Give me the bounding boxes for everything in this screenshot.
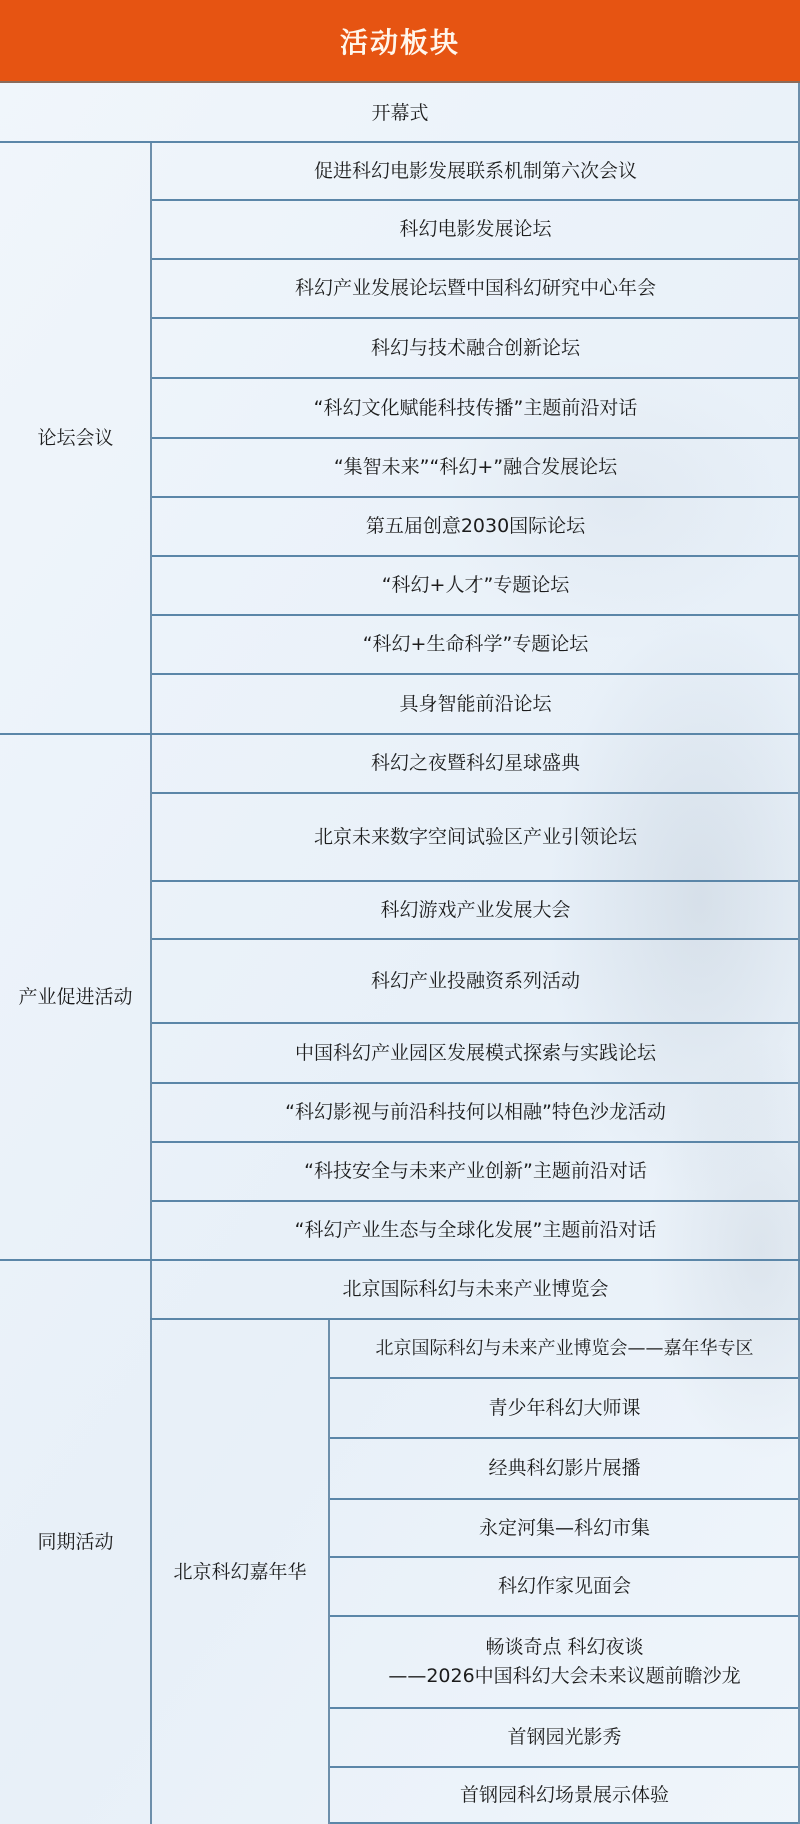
industry-item: “科幻产业生态与全球化发展”主题前沿对话 — [151, 1202, 800, 1261]
industry-item: “科技安全与未来产业创新”主题前沿对话 — [151, 1143, 800, 1202]
section-divider — [0, 1259, 800, 1261]
forum-item: 科幻产业发展论坛暨中国科幻研究中心年会 — [151, 260, 800, 319]
forum-item: 科幻电影发展论坛 — [151, 201, 800, 260]
carnival-item: 北京国际科幻与未来产业博览会——嘉年华专区 — [329, 1320, 800, 1379]
forum-item: 科幻与技术融合创新论坛 — [151, 319, 800, 379]
grid-line — [328, 1320, 330, 1824]
category-concurrent: 同期活动 — [0, 1261, 151, 1824]
header-title: 活动板块 — [340, 21, 460, 61]
carnival-item: 首钢园光影秀 — [329, 1709, 800, 1768]
forum-item: 促进科幻电影发展联系机制第六次会议 — [151, 143, 800, 201]
section-divider — [0, 733, 800, 735]
opening-label: 开幕式 — [371, 99, 428, 128]
industry-item: 科幻之夜暨科幻星球盛典 — [151, 735, 800, 794]
industry-item: 中国科幻产业园区发展模式探索与实践论坛 — [151, 1024, 800, 1084]
category-industry: 产业促进活动 — [0, 735, 151, 1261]
carnival-item: 畅谈奇点 科幻夜谈 ——2026中国科幻大会未来议题前瞻沙龙 — [329, 1617, 800, 1709]
carnival-item: 青少年科幻大师课 — [329, 1379, 800, 1439]
grid-line — [150, 143, 152, 1824]
industry-item: “科幻影视与前沿科技何以相融”特色沙龙活动 — [151, 1084, 800, 1143]
industry-item: 北京未来数字空间试验区产业引领论坛 — [151, 794, 800, 882]
forum-item: 第五届创意2030国际论坛 — [151, 498, 800, 557]
category-forums: 论坛会议 — [0, 143, 151, 735]
expo-row: 北京国际科幻与未来产业博览会 — [151, 1261, 800, 1320]
forum-item: “科幻+生命科学”专题论坛 — [151, 616, 800, 675]
industry-item: 科幻游戏产业发展大会 — [151, 882, 800, 940]
table-header: 活动板块 — [0, 0, 800, 83]
forum-item: “科幻文化赋能科技传播”主题前沿对话 — [151, 379, 800, 439]
industry-item: 科幻产业投融资系列活动 — [151, 940, 800, 1024]
carnival-item: 首钢园科幻场景展示体验 — [329, 1768, 800, 1824]
forum-item: “集智未来”“科幻+”融合发展论坛 — [151, 439, 800, 498]
carnival-item: 永定河集—科幻市集 — [329, 1500, 800, 1558]
carnival-item: 经典科幻影片展播 — [329, 1439, 800, 1500]
section-divider — [150, 1318, 800, 1320]
forum-item: 具身智能前沿论坛 — [151, 675, 800, 735]
forum-item: “科幻+人才”专题论坛 — [151, 557, 800, 616]
carnival-label: 北京科幻嘉年华 — [151, 1320, 329, 1824]
carnival-item: 科幻作家见面会 — [329, 1558, 800, 1617]
opening-row: 开幕式 — [0, 85, 800, 143]
